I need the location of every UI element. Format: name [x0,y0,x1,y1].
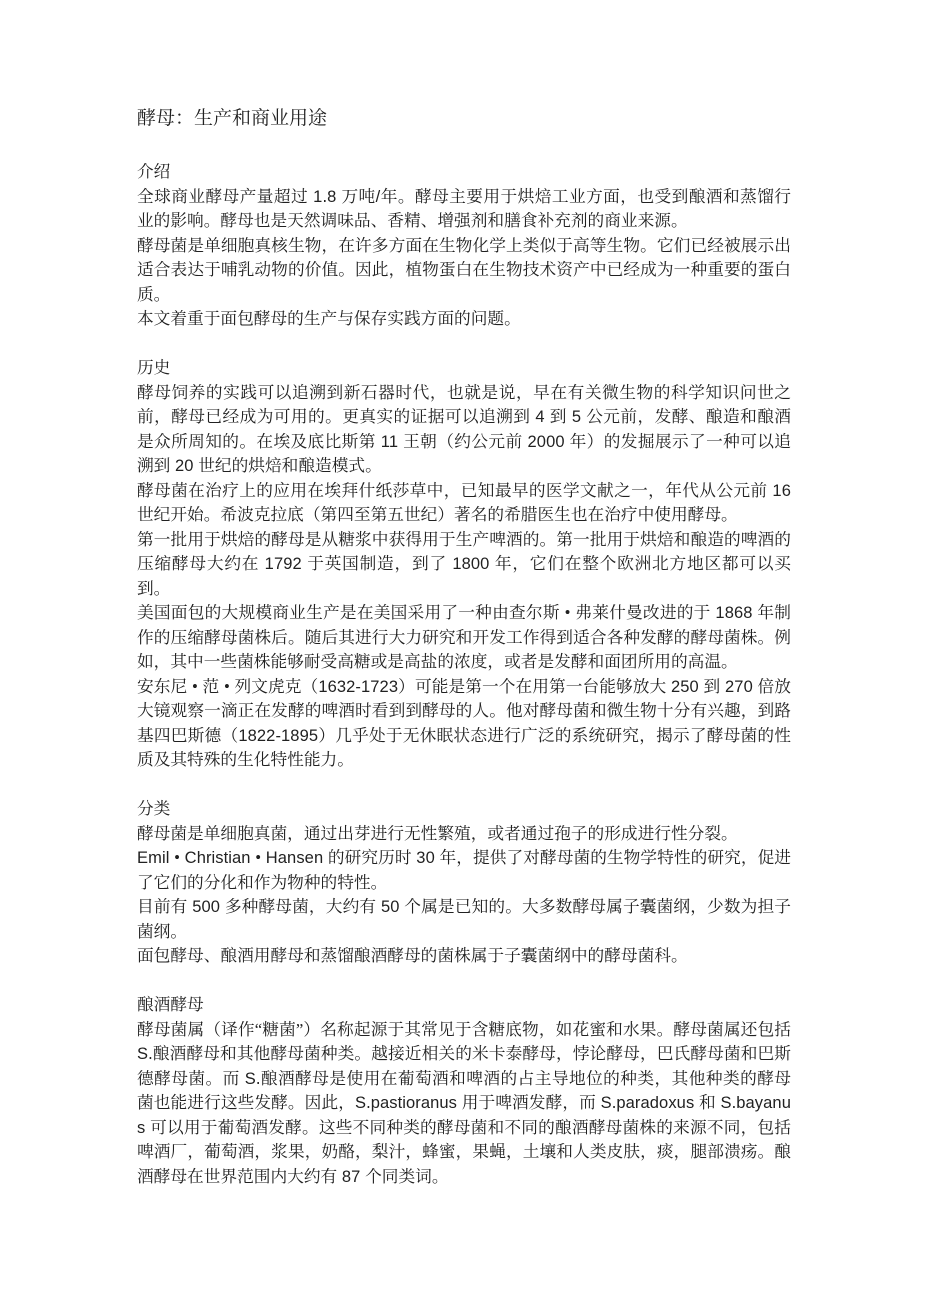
section-paragraph: 美国面包的大规模商业生产是在美国采用了一种由查尔斯 • 弗莱什曼改进的于 186… [137,601,791,675]
section-paragraph: Emil • Christian • Hansen 的研究历时 30 年，提供了… [137,846,791,895]
section-paragraph: 酵母菌属（译作“糖菌”）名称起源于其常见于含糖底物，如花蜜和水果。酵母菌属还包括… [137,1018,791,1190]
section-heading: 分类 [137,797,791,822]
section-paragraph: 酵母菌是单细胞真菌，通过出芽进行无性繁殖，或者通过孢子的形成进行性分裂。 [137,822,791,847]
section-heading: 介绍 [137,160,791,185]
section-paragraph: 本文着重于面包酵母的生产与保存实践方面的问题。 [137,307,791,332]
section-paragraph: 酵母菌是单细胞真核生物，在许多方面在生物化学上类似于高等生物。它们已经被展示出适… [137,234,791,308]
section-paragraph: 目前有 500 多种酵母菌，大约有 50 个属是已知的。大多数酵母属子囊菌纲，少… [137,895,791,944]
section-paragraph: 安东尼 • 范 • 列文虎克（1632-1723）可能是第一个在用第一台能够放大… [137,675,791,773]
section-paragraph: 第一批用于烘焙的酵母是从糖浆中获得用于生产啤酒的。第一批用于烘焙和酿造的啤酒的压… [137,528,791,602]
document-section: 分类 酵母菌是单细胞真菌，通过出芽进行无性繁殖，或者通过孢子的形成进行性分裂。 … [137,797,791,969]
document-section: 历史 酵母饲养的实践可以追溯到新石器时代，也就是说，早在有关微生物的科学知识问世… [137,356,791,773]
section-paragraph: 面包酵母、酿酒用酵母和蒸馏酿酒酵母的菌株属于子囊菌纲中的酵母菌科。 [137,944,791,969]
document-section: 酿酒酵母 酵母菌属（译作“糖菌”）名称起源于其常见于含糖底物，如花蜜和水果。酵母… [137,993,791,1189]
section-paragraph: 酵母菌在治疗上的应用在埃拜什纸莎草中，已知最早的医学文献之一，年代从公元前 16… [137,479,791,528]
section-heading: 酿酒酵母 [137,993,791,1018]
section-heading: 历史 [137,356,791,381]
document-section: 介绍 全球商业酵母产量超过 1.8 万吨/年。酵母主要用于烘焙工业方面，也受到酿… [137,160,791,332]
document-title: 酵母：生产和商业用途 [137,106,791,132]
document-sections: 介绍 全球商业酵母产量超过 1.8 万吨/年。酵母主要用于烘焙工业方面，也受到酿… [137,160,791,1189]
section-paragraph: 全球商业酵母产量超过 1.8 万吨/年。酵母主要用于烘焙工业方面，也受到酿酒和蒸… [137,185,791,234]
section-paragraph: 酵母饲养的实践可以追溯到新石器时代，也就是说，早在有关微生物的科学知识问世之前，… [137,381,791,479]
document-page: 酵母：生产和商业用途 介绍 全球商业酵母产量超过 1.8 万吨/年。酵母主要用于… [0,0,926,1309]
document-content: 酵母：生产和商业用途 介绍 全球商业酵母产量超过 1.8 万吨/年。酵母主要用于… [137,106,791,1189]
